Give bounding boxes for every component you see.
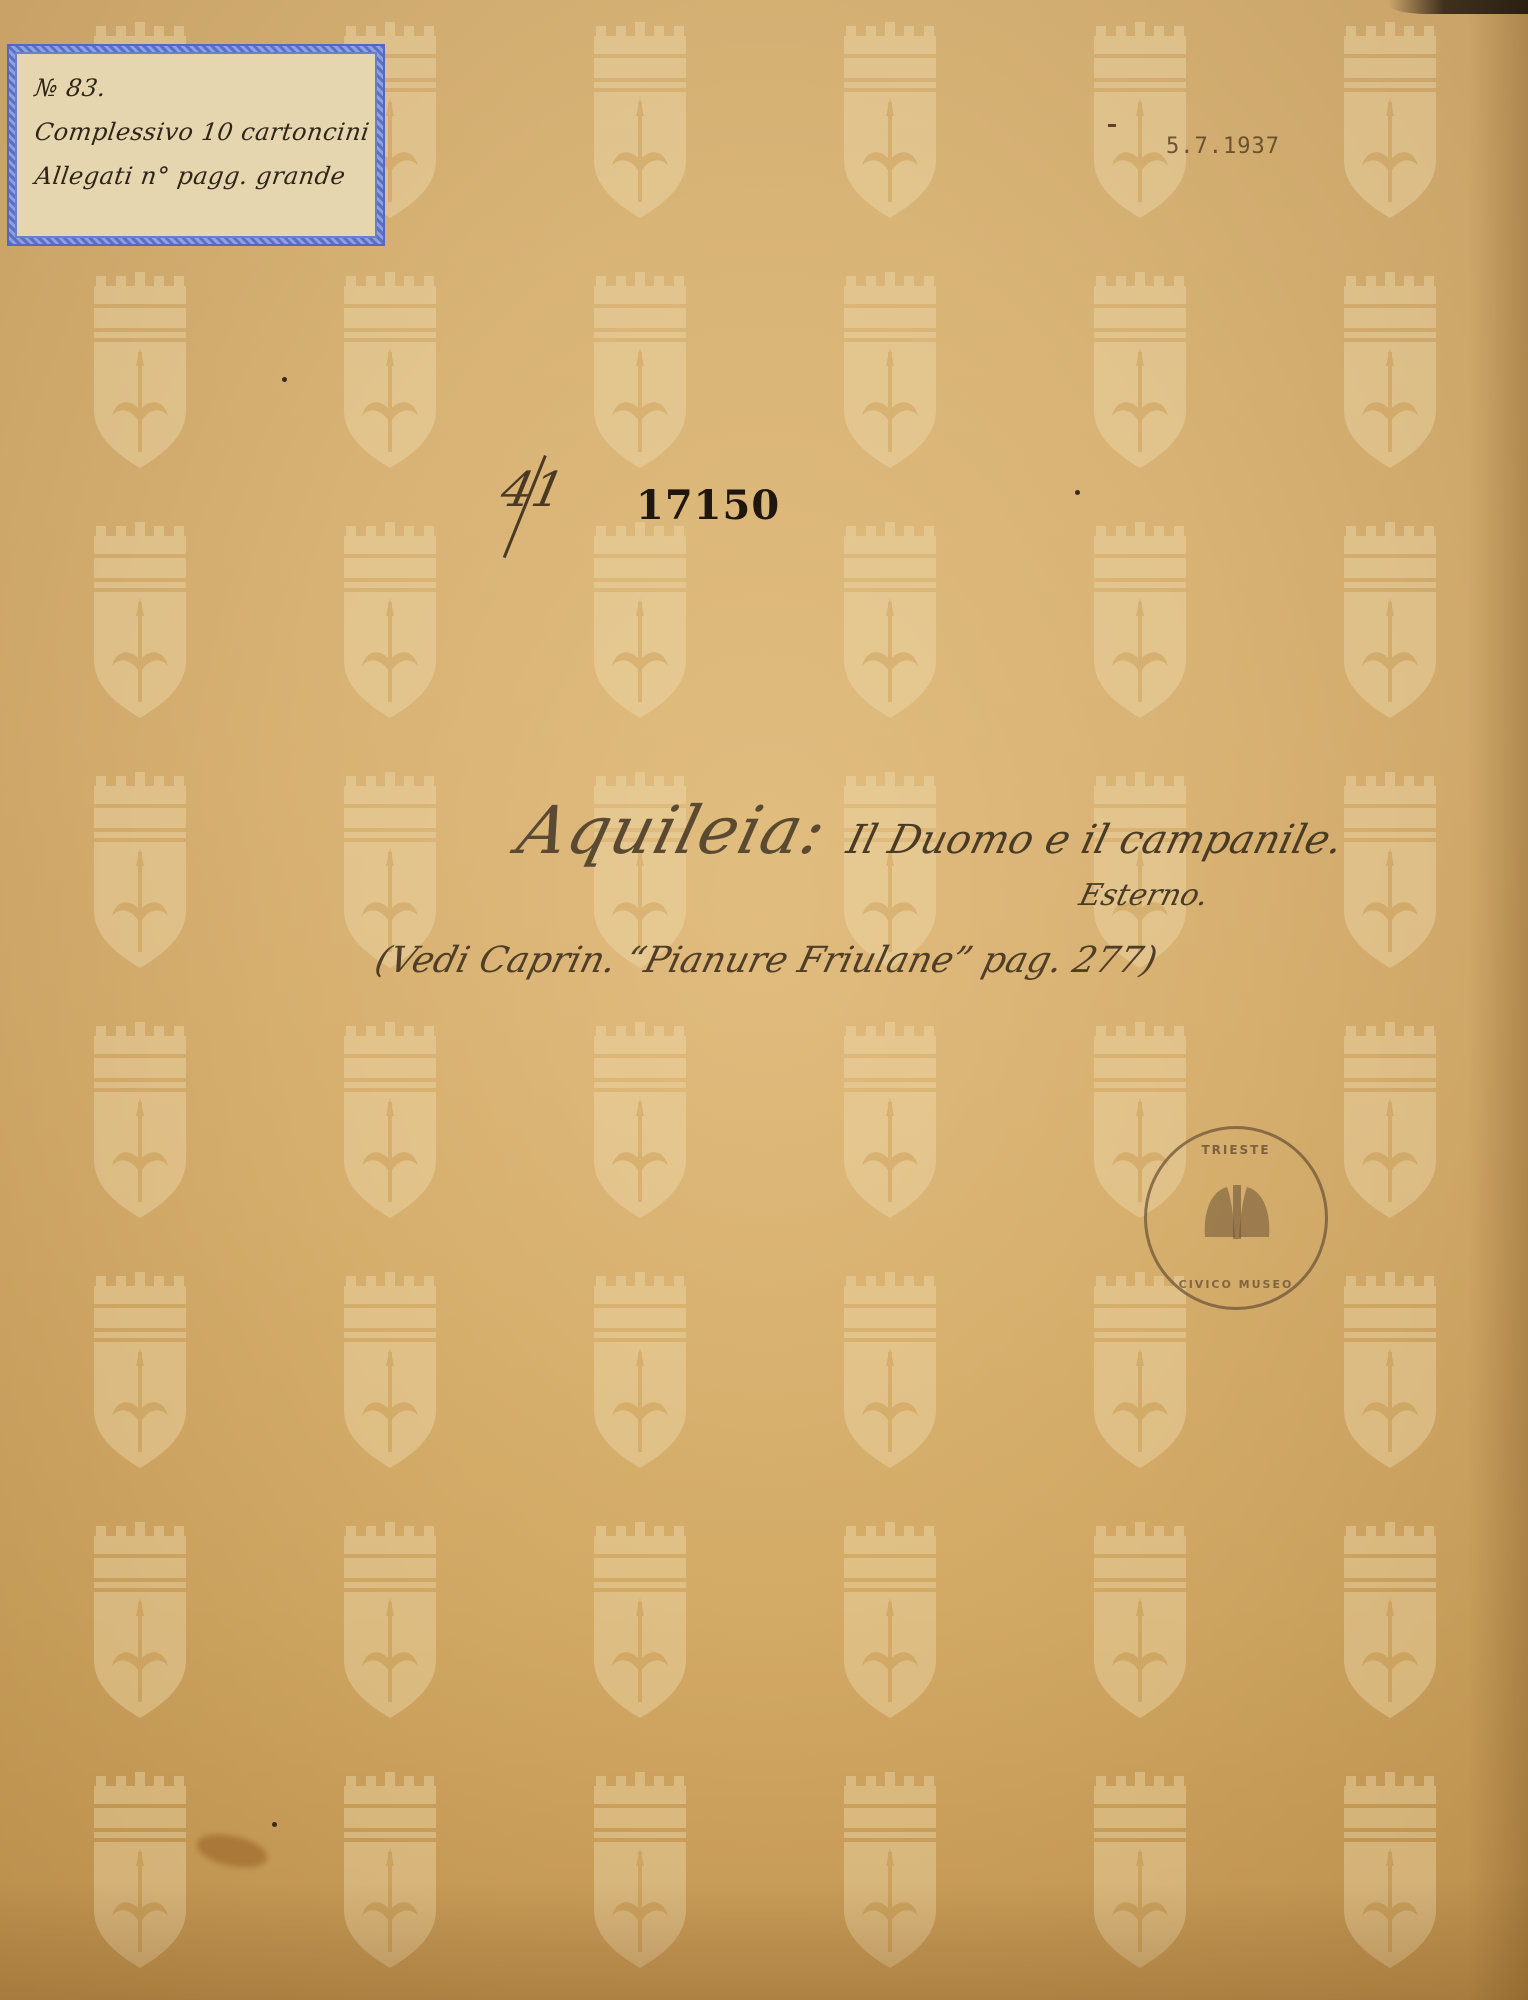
watermark-crest-icon — [1090, 520, 1190, 720]
watermark-crest-icon — [590, 20, 690, 220]
watermark-crest-icon — [340, 1270, 440, 1470]
watermark-crest-icon — [590, 1270, 690, 1470]
label-line-number: № 83. — [32, 66, 360, 110]
label-line-attachments: Allegati n° pagg. grande — [32, 154, 360, 198]
watermark-crest-icon — [340, 270, 440, 470]
watermark-crest-icon — [1090, 1270, 1190, 1470]
watermark-crest-icon — [1090, 270, 1190, 470]
handwritten-title: Aquileia: Il Duomo e il campanile. — [520, 792, 1343, 869]
watermark-crest-icon — [1340, 1520, 1440, 1720]
watermark-crest-icon — [90, 520, 190, 720]
watermark-crest-icon — [1090, 1520, 1190, 1720]
watermark-crest-icon — [840, 520, 940, 720]
catalog-label: № 83. Complessivo 10 cartoncini Allegati… — [7, 44, 385, 246]
stamp-bottom-text: CIVICO MUSEO — [1147, 1278, 1325, 1291]
paper-speck — [1075, 490, 1080, 495]
watermark-crest-icon — [840, 1020, 940, 1220]
watermark-crest-icon — [90, 1270, 190, 1470]
title-subject: Il Duomo e il campanile. — [843, 817, 1348, 863]
watermark-crest-icon — [590, 270, 690, 470]
watermark-crest-icon — [90, 1520, 190, 1720]
watermark-crest-icon — [340, 1020, 440, 1220]
dash-mark — [1108, 124, 1116, 127]
watermark-crest-icon — [1340, 270, 1440, 470]
watermark-crest-icon — [590, 1520, 690, 1720]
watermark-crest-icon — [1340, 20, 1440, 220]
printed-ref-number: 17150 — [636, 482, 780, 529]
watermark-crest-icon — [840, 1270, 940, 1470]
stamp-top-text: TRIESTE — [1147, 1143, 1325, 1157]
reference-note: (Vedi Caprin. “Pianure Friulane” pag. 27… — [371, 940, 1161, 981]
watermark-crest-icon — [1340, 770, 1440, 970]
watermark-crest-icon — [90, 770, 190, 970]
label-line-contents: Complessivo 10 cartoncini — [32, 110, 360, 154]
watermark-crest-icon — [590, 1020, 690, 1220]
watermark-crest-icon — [340, 520, 440, 720]
torn-corner — [1388, 0, 1528, 14]
watermark-crest-icon — [1090, 20, 1190, 220]
watermark-crest-icon — [340, 1520, 440, 1720]
paper-speck — [282, 377, 287, 382]
title-insertion: Esterno. — [1076, 878, 1213, 913]
watermark-crest-icon — [1340, 1270, 1440, 1470]
date-stamp: 5.7.1937 — [1166, 134, 1280, 159]
watermark-crest-icon — [840, 1520, 940, 1720]
document-sheet: № 83. Complessivo 10 cartoncini Allegati… — [0, 0, 1528, 2000]
watermark-crest-icon — [1340, 1020, 1440, 1220]
paper-speck — [272, 1822, 277, 1827]
catalog-label-body: № 83. Complessivo 10 cartoncini Allegati… — [15, 52, 377, 238]
eagle-emblem-icon — [1197, 1177, 1277, 1247]
edge-shading — [1468, 0, 1528, 2000]
watermark-crest-icon — [90, 270, 190, 470]
watermark-crest-icon — [1340, 520, 1440, 720]
edge-shading — [0, 1880, 1528, 2000]
watermark-crest-icon — [590, 520, 690, 720]
museum-stamp: TRIESTE CIVICO MUSEO — [1144, 1126, 1328, 1310]
paper-stain — [194, 1829, 271, 1873]
title-place: Aquileia: — [510, 792, 835, 869]
watermark-crest-icon — [90, 1020, 190, 1220]
watermark-crest-icon — [840, 270, 940, 470]
watermark-crest-icon — [840, 20, 940, 220]
